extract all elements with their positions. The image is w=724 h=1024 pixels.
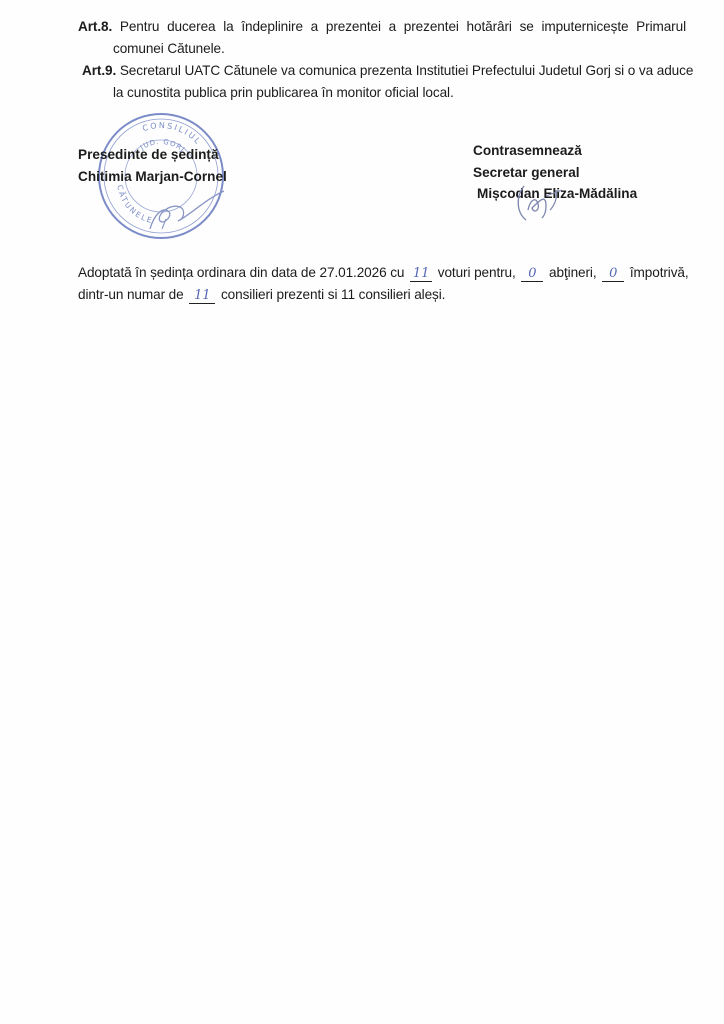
adoption-text: voturi pentru, [434, 265, 519, 280]
article-9-label: Art.9. [82, 63, 116, 78]
secretary-signature-block: Contrasemnează Secretar general Mișcodan… [473, 140, 637, 205]
article-8-label: Art.8. [78, 19, 112, 34]
document-page: Art.8. Pentru ducerea la îndeplinire a p… [0, 0, 724, 1024]
president-signature-block: Presedinte de ședință Chitimia Marjan-Co… [78, 144, 227, 188]
president-handwritten-signature-icon [140, 185, 230, 235]
adoption-line-2: dintr-un numar de 11 consilieri prezenti… [78, 286, 445, 304]
svg-text:CĂTUNELE: CĂTUNELE [115, 184, 154, 225]
article-8-line-1: Art.8. Pentru ducerea la îndeplinire a p… [78, 18, 686, 36]
adoption-text: împotrivă, [626, 265, 688, 280]
president-role: Presedinte de ședință [78, 144, 227, 166]
article-8-line-2: comunei Cătunele. [113, 40, 225, 58]
article-8-text: Pentru ducerea la îndeplinire a prezente… [112, 19, 686, 34]
adoption-text: dintr-un numar de [78, 287, 187, 302]
secretary-name: Mișcodan Eliza-Mădălina [473, 183, 637, 205]
against-value: 0 [602, 267, 624, 282]
svg-text:CONSILIUL: CONSILIUL [141, 121, 203, 147]
adoption-text: abţineri, [545, 265, 600, 280]
adoption-text: Adoptată în ședința ordinara din data de… [78, 265, 408, 280]
article-9-line-1: Art.9. Secretarul UATC Cătunele va comun… [82, 62, 693, 80]
article-9-line-2: la cunostita publica prin publicarea în … [113, 84, 454, 102]
adoption-text: consilieri prezenti si 11 consilieri ale… [217, 287, 445, 302]
article-9-text: Secretarul UATC Cătunele va comunica pre… [116, 63, 693, 78]
president-name: Chitimia Marjan-Cornel [78, 166, 227, 188]
votes-for-value: 11 [410, 267, 432, 282]
secretary-role: Secretar general [473, 162, 637, 184]
adoption-line-1: Adoptată în ședința ordinara din data de… [78, 264, 689, 282]
abstentions-value: 0 [521, 267, 543, 282]
councillors-present-value: 11 [189, 289, 215, 304]
countersign-heading: Contrasemnează [473, 140, 637, 162]
